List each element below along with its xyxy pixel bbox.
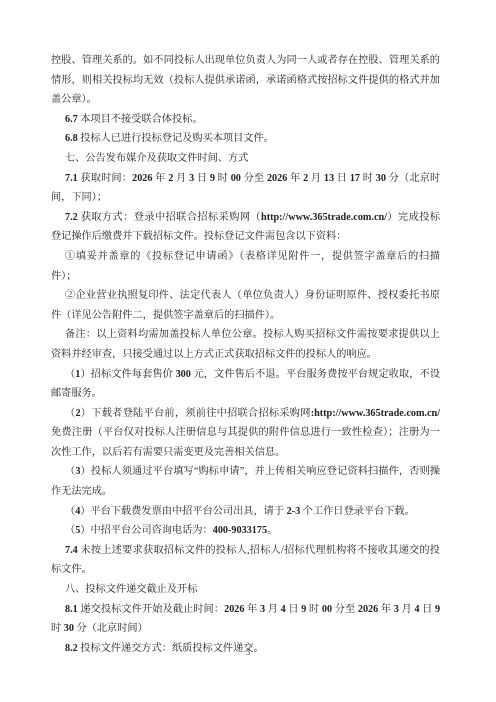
latin-text: 3 bbox=[75, 466, 80, 477]
latin-text: 30 bbox=[64, 623, 74, 634]
latin-text: 17 bbox=[350, 173, 360, 184]
latin-text: 9 bbox=[301, 604, 306, 615]
latin-text: 9 bbox=[210, 173, 215, 184]
page-number: 3 bbox=[0, 646, 496, 658]
paragraph: ②企业营业执照复印件、法定代表人（单位负责人）身份证明原件、授权委托书原件（详见… bbox=[51, 286, 440, 325]
latin-text: 2026 bbox=[132, 173, 152, 184]
latin-text: 2026 bbox=[224, 604, 244, 615]
latin-text: 8.1 bbox=[65, 604, 78, 615]
latin-text: 6.8 bbox=[65, 133, 78, 144]
paragraph: （5）中招平台公司咨询电话为：400-9033175。 bbox=[51, 521, 440, 541]
latin-text: 3 bbox=[260, 604, 265, 615]
latin-text: 4 bbox=[281, 604, 286, 615]
latin-text: 300 bbox=[176, 369, 191, 380]
paragraph: 7.2 获取方式：登录中招联合招标采购网（http://www.365trade… bbox=[51, 208, 440, 247]
paragraph: 7.4 未按上述要求获取招标文件的投标人,招标人/招标代理机构将不接收其递交的投… bbox=[51, 541, 440, 580]
latin-text: 7.2 bbox=[65, 212, 78, 223]
latin-text: 2-3 bbox=[287, 506, 301, 517]
section-heading: 七、公告发布媒介及获取文件时间、方式 bbox=[51, 149, 440, 169]
paragraph: （2）下载者登陆平台前，须前往中招联合招标采购网:http://www.365t… bbox=[51, 404, 440, 463]
latin-text: 2 bbox=[75, 408, 80, 419]
latin-text: :http://www.365trade.com.cn/ bbox=[311, 408, 440, 419]
paragraph: 6.8 投标人已进行投标登记及购买本项目文件。 bbox=[51, 129, 440, 149]
latin-text: 6.7 bbox=[65, 114, 78, 125]
paragraph: 备注：以上资料均需加盖投标人单位公章。投标人购买招标文件需按要求提供以上资料并经… bbox=[51, 325, 440, 364]
latin-text: 13 bbox=[324, 173, 334, 184]
document-page: 控股、管理关系的。如不同投标人出现单位负责人为同一人或者存在控股、管理关系的情形… bbox=[0, 0, 496, 702]
latin-text: 00 bbox=[322, 604, 332, 615]
document-body: 控股、管理关系的。如不同投标人出现单位负责人为同一人或者存在控股、管理关系的情形… bbox=[51, 51, 440, 658]
latin-text: 5 bbox=[75, 525, 80, 536]
latin-text: 00 bbox=[231, 173, 241, 184]
paragraph: 6.7 本项目不接受联合体投标。 bbox=[51, 110, 440, 130]
latin-text: 30 bbox=[376, 173, 386, 184]
paragraph: （1）招标文件每套售价 300 元，文件售后不退。平台服务费按平台规定收取，不设… bbox=[51, 365, 440, 404]
latin-text: 1 bbox=[75, 369, 80, 380]
latin-text: 2 bbox=[168, 173, 173, 184]
paragraph: ①填妥并盖章的《投标登记申请函》（表格详见附件一，提供签字盖章后的扫描件）； bbox=[51, 247, 440, 286]
paragraph: 8.1 递交投标文件开始及截止时间：2026 年 3 月 4 日 9 时 00 … bbox=[51, 600, 440, 639]
latin-text: 3 bbox=[189, 173, 194, 184]
latin-text: 3 bbox=[394, 604, 399, 615]
latin-text: 7.4 bbox=[65, 545, 78, 556]
latin-text: 7.1 bbox=[65, 173, 78, 184]
section-heading: 八、投标文件递交截止及开标 bbox=[51, 580, 440, 600]
latin-text: 2026 bbox=[358, 604, 378, 615]
paragraph: 7.1 获取时间：2026 年 2 月 3 日 9 时 00 分至 2026 年… bbox=[51, 169, 440, 208]
latin-text: 4 bbox=[75, 506, 80, 517]
latin-text: http://www.365trade.com.cn/ bbox=[261, 212, 387, 223]
latin-text: 4 bbox=[414, 604, 419, 615]
latin-text: 2026 bbox=[267, 173, 287, 184]
paragraph: （3）投标人须通过平台填写“购标申请”，并上传相关响应登记资料扫描件，否则操作无… bbox=[51, 462, 440, 501]
latin-text: 400-9033175 bbox=[213, 525, 267, 536]
latin-text: 9 bbox=[435, 604, 440, 615]
latin-text: 2 bbox=[303, 173, 308, 184]
paragraph: 控股、管理关系的。如不同投标人出现单位负责人为同一人或者存在控股、管理关系的情形… bbox=[51, 51, 440, 110]
paragraph: （4）平台下载费发票由中招平台公司出具，请于 2-3 个工作日登录平台下载。 bbox=[51, 502, 440, 522]
